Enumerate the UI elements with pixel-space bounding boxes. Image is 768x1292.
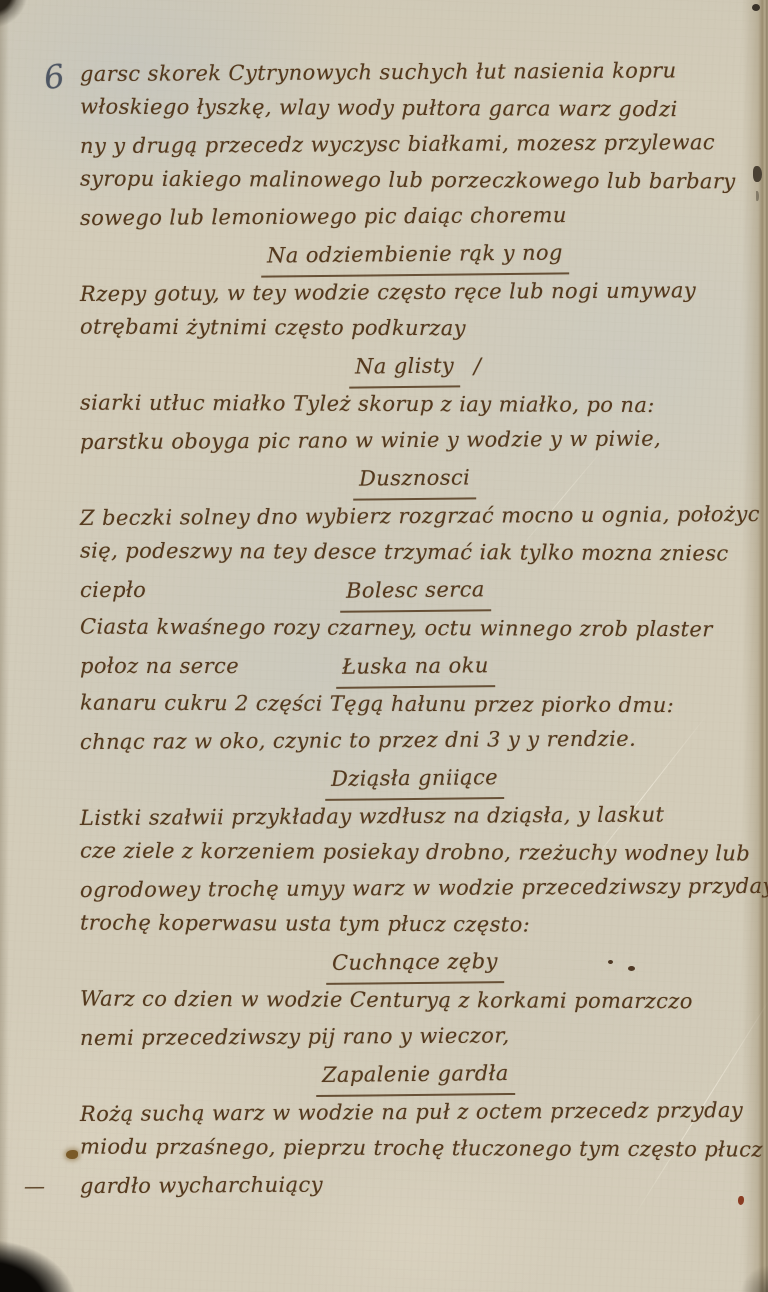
- section-heading-row: Dusznosci: [80, 458, 750, 498]
- section-heading-row: ciepłoBolesc serca: [80, 570, 750, 610]
- edge-speck: [752, 4, 760, 11]
- section-heading-row: Na glisty/: [80, 346, 750, 386]
- section-heading-row: Zapalenie gardła: [80, 1054, 750, 1094]
- page-corner-bottom-right-shadow: [738, 1266, 768, 1292]
- manuscript-line: cze ziele z korzeniem posiekay drobno, r…: [80, 833, 750, 872]
- paragraph-fragment: połoz na serce: [80, 646, 239, 686]
- manuscript-line: Ciasta kwaśnego rozy czarney, octu winne…: [80, 609, 750, 648]
- paragraph-fragment: ciepło: [80, 570, 146, 610]
- section-heading: Bolesc serca: [339, 569, 490, 613]
- section-heading: Dusznosci: [353, 457, 477, 500]
- manuscript-line: syropu iakiego malinowego lub porzeczkow…: [80, 161, 750, 200]
- manuscript-line: garsc skorek Cytrynowych suchych łut nas…: [80, 52, 750, 92]
- section-heading-row: Cuchnące zęby: [80, 942, 750, 982]
- section-heading-row: Na odziembienie rąk y nog: [80, 234, 750, 274]
- manuscript-line: ny y drugą przecedz wyczysc białkami, mo…: [80, 124, 750, 164]
- manuscript-line: —gardło wycharchuiący: [80, 1164, 750, 1204]
- section-heading: Zapalenie gardła: [315, 1053, 514, 1097]
- section-heading: Dziąsła gniiące: [325, 757, 504, 801]
- manuscript-line: włoskiego łyszkę, wlay wody pułtora garc…: [80, 89, 750, 128]
- manuscript-line: Rożą suchą warz w wodzie na puł z octem …: [80, 1092, 750, 1132]
- manuscript-line: otrębami żytnimi często podkurzay: [80, 309, 750, 348]
- manuscript-line: miodu przaśnego, pieprzu trochę tłuczone…: [80, 1129, 750, 1168]
- section-heading-row: Dziąsła gniiące: [80, 758, 750, 798]
- section-heading: Na odziembienie rąk y nog: [261, 232, 569, 277]
- margin-dash-mark: —: [24, 1168, 58, 1204]
- section-heading: Na glisty: [348, 345, 460, 388]
- manuscript-line: ogrodowey trochę umyy warz w wodzie prze…: [80, 868, 750, 908]
- manuscript-line: się, podeszwy na tey desce trzymać iak t…: [80, 533, 750, 572]
- manuscript-line: Rzepy gotuy, w tey wodzie często ręce lu…: [80, 272, 750, 312]
- page-corner-top-left-shadow: [0, 0, 44, 44]
- manuscript-line: Warz co dzien w wodzie Centuryą z korkam…: [80, 981, 750, 1020]
- manuscript-line: chnąc raz w oko, czynic to przez dni 3 y…: [80, 720, 750, 760]
- section-heading-row: połoz na serceŁuska na oku: [80, 646, 750, 686]
- section-heading: Cuchnące zęby: [326, 941, 504, 985]
- manuscript-line: trochę koperwasu usta tym płucz często:: [80, 905, 750, 944]
- manuscript-line: Listki szałwii przykładay wzdłusz na dzi…: [80, 796, 750, 836]
- manuscript-line: Z beczki solney dno wybierz rozgrzać moc…: [80, 496, 750, 536]
- manuscript-text: garsc skorek Cytrynowych suchych łut nas…: [0, 54, 768, 1202]
- section-heading: Łuska na oku: [335, 645, 494, 689]
- manuscript-line: parstku oboyga pic rano w winie y wodzie…: [80, 420, 750, 460]
- manuscript-line: sowego lub lemoniowego pic daiąc choremu: [80, 196, 750, 236]
- line-text: gardło wycharchuiący: [80, 1173, 323, 1198]
- manuscript-line: siarki utłuc miałko Tyleż skorup z iay m…: [80, 385, 750, 424]
- heading-suffix-mark: /: [474, 354, 481, 378]
- manuscript-line: nemi przecedziwszy pij rano y wieczor,: [80, 1016, 750, 1056]
- manuscript-line: kanaru cukru 2 części Tęgą hałunu przez …: [80, 685, 750, 724]
- page-corner-bottom-left-shadow: [0, 1197, 130, 1292]
